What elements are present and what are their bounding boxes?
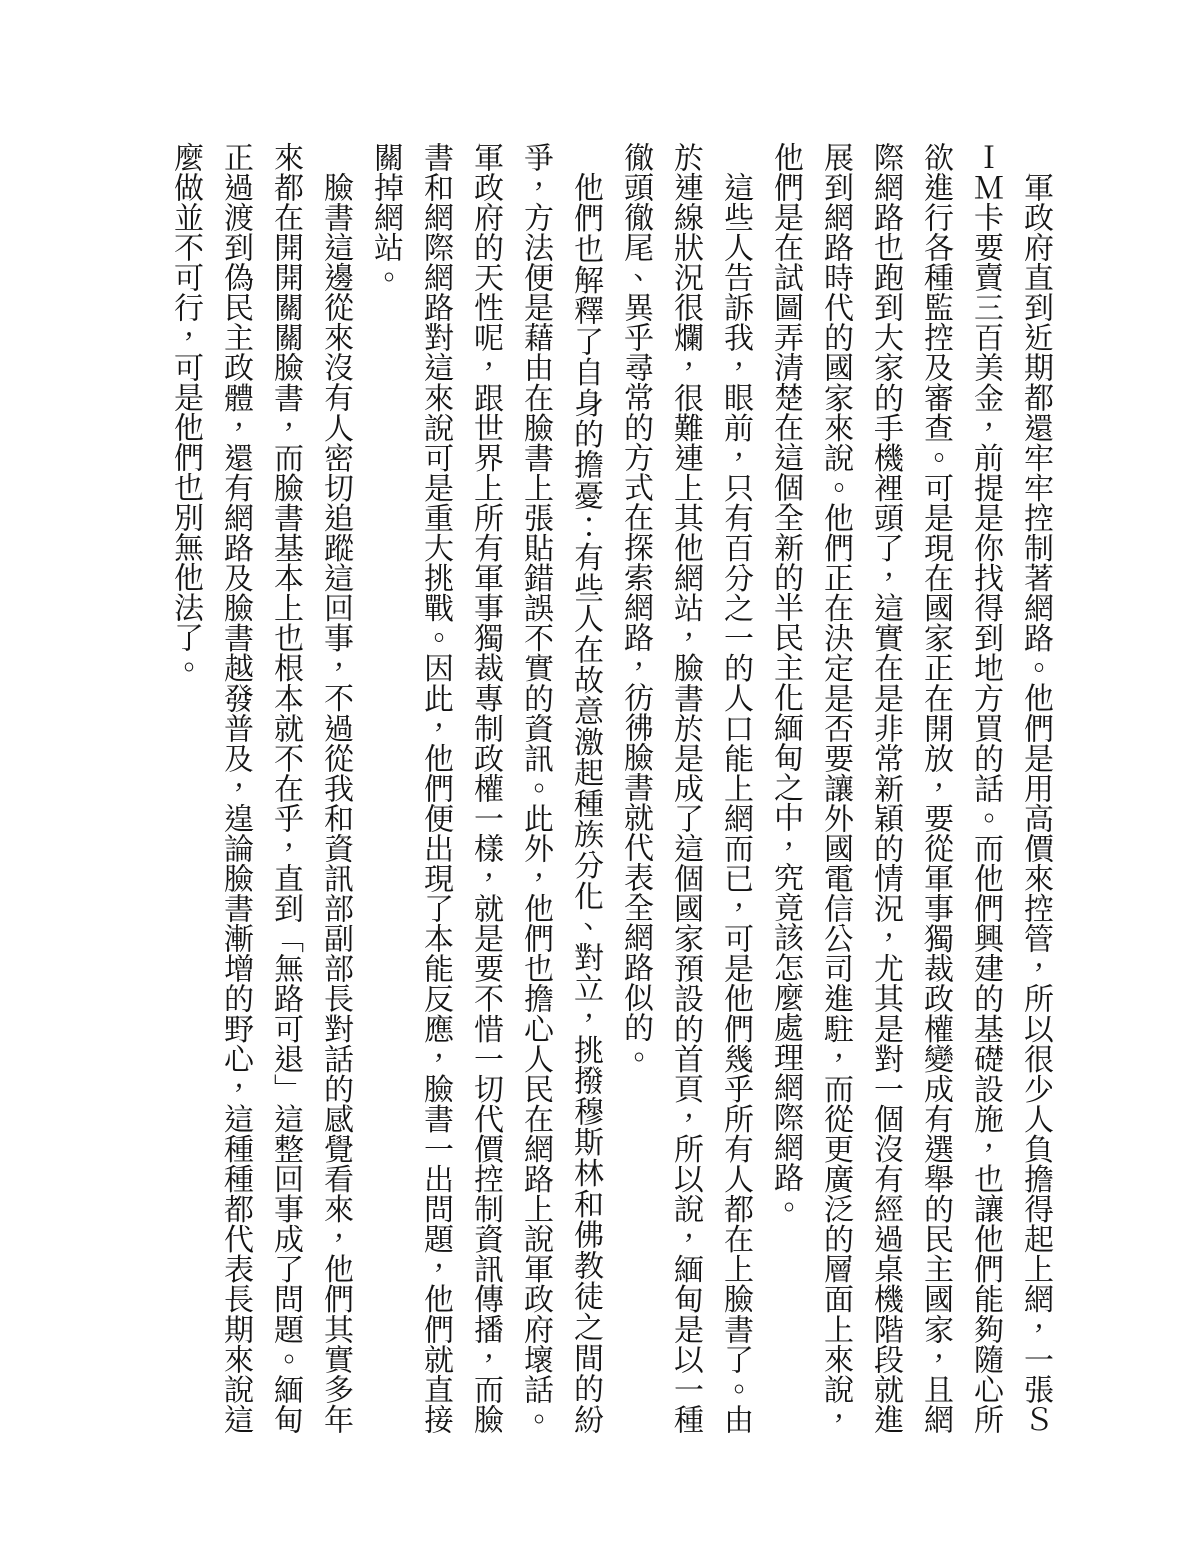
paragraph-3: 他們也解釋了自身的擔憂：有些人在故意激起種族分化、對立，挑撥穆斯林和佛教徒之間的… bbox=[360, 142, 610, 1434]
paragraph-2: 這些人告訴我，眼前，只有百分之一的人口能上網而已，可是他們幾乎所有人都在上臉書了… bbox=[610, 142, 760, 1434]
book-page: 軍政府直到近期都還牢牢控制著網路。他們是用高價來控管，所以很少人負擔得起上網，一… bbox=[0, 0, 1200, 1553]
vertical-text-block: 軍政府直到近期都還牢牢控制著網路。他們是用高價來控管，所以很少人負擔得起上網，一… bbox=[160, 142, 1060, 1434]
paragraph-4: 臉書這邊從來沒有人密切追蹤這回事，不過從我和資訊部副部長對話的感覺看來，他們其實… bbox=[160, 142, 360, 1434]
paragraph-1: 軍政府直到近期都還牢牢控制著網路。他們是用高價來控管，所以很少人負擔得起上網，一… bbox=[760, 142, 1060, 1434]
